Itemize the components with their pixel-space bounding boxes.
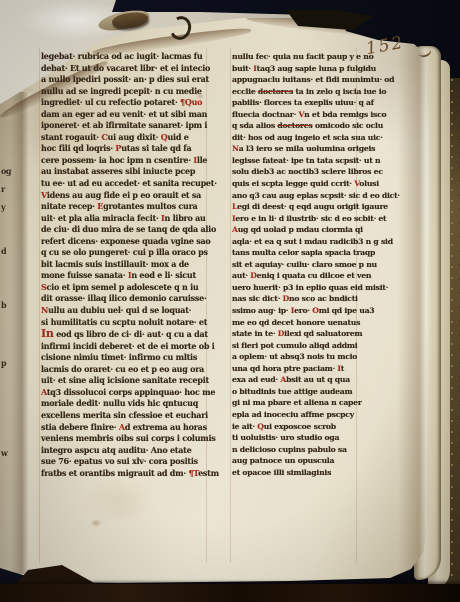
ink-text: aut· — [232, 271, 250, 280]
facing-page-text-fragment: y — [1, 202, 5, 212]
ink-text: me eo qd decet honore uenatus — [232, 318, 360, 327]
text-line: ti uoluistis· uro studio oga — [232, 432, 356, 444]
ink-text: ano q3 cau aug eplas scpsit· sic d eo di… — [232, 191, 400, 200]
text-line: nullu fec· quia nu facit paup y e no — [232, 51, 356, 63]
text-line: nas sic dict· Dno sco ac bndicti — [232, 293, 356, 305]
ink-text: tans multa celor sapia spacia traqp — [232, 248, 375, 257]
ink-text: uit· et sine aliq icisione sanitate rece… — [41, 375, 209, 385]
text-line: et opacoe illi similaginis — [232, 467, 356, 479]
text-line: cere possem· ia hoc ipm n csentire· Ille — [41, 155, 207, 167]
text-line: me eo qd decet honore uenatus — [232, 317, 356, 329]
ink-text: et opacoe illi similaginis — [232, 468, 331, 477]
ink-text: debat· Et ut do vacaret libr· et ei inte… — [41, 63, 210, 73]
text-line: moriale dedit· nullu vids hic qntucuq — [41, 398, 207, 410]
text-line: aut· Deniq i quata cu dilcoe et ven — [232, 270, 356, 282]
text-line: exa ad eud· Absit au ut q qua — [232, 374, 356, 386]
text-line: excellens merita sin cfessioe et euchari — [41, 410, 207, 422]
text-line: cisione nimiu timet· infirmo cu mltis — [41, 352, 207, 364]
ink-text: n eod e li· sicut — [131, 270, 196, 280]
ink-text: d extrema au horas — [125, 422, 207, 432]
text-line: Legi di deest· q eqd augu origit igaure — [232, 201, 356, 213]
facing-page-text-fragment: og — [1, 166, 11, 176]
ink-text: uero huerit· p3 in eplio quas eid misit· — [232, 283, 388, 292]
ink-text: ie ait· — [232, 422, 257, 431]
ink-text: utas si tale qd fa — [121, 143, 191, 153]
manuscript-photo: legebat· rubrica od ac iugit· lacmas fud… — [0, 0, 460, 602]
ink-text: si humilitatis cu scptu noluit notare· e… — [41, 317, 207, 327]
ink-text: a l3 iero se mila uolumina origeis — [239, 144, 375, 153]
table-surface — [0, 584, 460, 602]
text-line: sit et aquiay· cuilu· claro smoe p nu — [232, 259, 356, 271]
ink-text: eod qs libro de ci· di· aut· q cu a dat — [54, 329, 208, 339]
text-line: ano q3 cau aug eplas scpsit· sic d eo di… — [232, 190, 356, 202]
ink-text: buit· — [232, 64, 253, 73]
ink-text: appugnaclu iuitans· et fidi munimtu· od — [232, 75, 394, 84]
text-line: buit· Itaq3 aug sapie luna p fulgidu — [232, 63, 356, 75]
ink-text: a oplem· ut absq3 nois tu mcio — [232, 352, 357, 361]
ink-text: ecclie — [232, 87, 258, 96]
text-line: uit· et pla alia miracla fecit· In libro… — [41, 213, 207, 225]
rubric-text: ¶Quo — [180, 97, 202, 107]
ink-text: aqla· et ea q sut i mdau radicib3 n g si… — [232, 237, 393, 246]
text-line: ie ait· Qui exposcoe scrob — [232, 421, 356, 433]
ink-text: una qd hora ptre paciam· — [232, 364, 337, 373]
ink-text: omicodo sic oclu — [313, 121, 384, 130]
text-line: de ciu· di duo mira de se tanq de qda al… — [41, 224, 207, 236]
ink-text: dit orasse· illaq ilico demonio caruisse… — [41, 293, 207, 303]
text-line: ecclie doctores ta in zelo q iscia iue i… — [232, 86, 356, 98]
ink-text: q cu se olo pungeret· cui p illa oraco p… — [41, 247, 208, 257]
ruling-line — [39, 48, 40, 563]
text-line: una qd hora ptre paciam· It — [232, 363, 356, 375]
ink-text: grotantes multos cura — [103, 201, 197, 211]
text-line: lacmis do oraret· cu eo et p eo aug ora — [41, 364, 207, 376]
ink-text: n delicioso cupins pabulo sa — [232, 445, 347, 454]
text-line: ingrediet· ul cu refectio potaret· ¶Quo — [41, 97, 207, 109]
ink-text: ero e in li· d ilustrib· sic d eo scbit·… — [235, 214, 386, 223]
facing-page-text-fragment: w — [1, 448, 7, 458]
text-line: bit lacmis suis instillauit· mox a de — [41, 259, 207, 271]
facing-page-text-fragment: p — [1, 358, 6, 368]
text-column-left: legebat· rubrica od ac iugit· lacmas fud… — [41, 51, 207, 479]
text-line: legisse fateat· ipe tn tata scpsit· ut n — [232, 155, 356, 167]
ink-text: ug qd uolad p mdau ciormia qi — [238, 225, 363, 234]
ink-text: solu dieb3 ac noctib3 sclere libros ec — [232, 167, 383, 176]
text-line: In eod qs libro de ci· di· aut· q cu a d… — [41, 328, 207, 341]
text-line: dit orasse· illaq ilico demonio caruisse… — [41, 293, 207, 305]
text-line: mone fuisse sanata· In eod e li· sicut — [41, 270, 207, 282]
text-line: si humilitatis cu scptu noluit notare· e… — [41, 317, 207, 329]
ink-text: n et bda remigs isco — [304, 110, 386, 119]
ink-text: egi di deest· q eqd augu origit igaure — [237, 202, 388, 211]
text-line: refert dicens· exponese quada vgine sao — [41, 236, 207, 248]
ink-text: uit· et pla alia miracla fecit· — [41, 213, 161, 223]
ink-text: infirmi incidi deberet· et de ei morte o… — [41, 341, 215, 351]
ruling-line — [230, 48, 231, 563]
text-line: stia debere finire· Ad extrema au horas — [41, 422, 207, 434]
text-line: Iero e in li· d ilustrib· sic d eo scbit… — [232, 213, 356, 225]
text-line: debat· Et ut do vacaret libr· et ei inte… — [41, 63, 207, 75]
text-line: nitate recep· Egrotantes multos cura — [41, 201, 207, 213]
ink-text: state in te· — [232, 329, 278, 338]
ink-text: hoc fili qd loqris· — [41, 143, 115, 153]
ink-text: integro aspcu atq auditu· Ano etate — [41, 445, 191, 455]
text-line: quis ei scpta legge quid ccrit· Volusi — [232, 178, 356, 190]
ink-text: eniq i quata cu dilcoe et ven — [257, 271, 372, 280]
ink-text: mone fuisse sanata· — [41, 270, 128, 280]
text-line: infirmi incidi deberet· et de ei morte o… — [41, 341, 207, 353]
ink-text: lle — [197, 155, 207, 165]
ink-text: ui aug dixit· — [108, 132, 161, 142]
ink-text: sue 76· epatus vo sui xlv· cora positis — [41, 456, 198, 466]
ink-text: nullu ad se ingredi pcepit· n cu medie — [41, 86, 202, 96]
ink-text: taq3 aug sapie luna p fulgidu — [257, 64, 376, 73]
ink-text: t — [341, 364, 344, 373]
facing-page-text-fragment: b — [1, 300, 6, 310]
ink-text: fluecia doctnar· — [232, 110, 298, 119]
ink-text: bit lacmis suis instillauit· mox a de — [41, 259, 189, 269]
ink-text: au instabat asseres sibi iniucte pcep — [41, 166, 195, 176]
text-line: gi ni ma pbare et aliena n caper — [232, 397, 356, 409]
text-line: state in te· Dilexi qd saluatorem — [232, 328, 356, 340]
ink-text: stia debere finire· — [41, 422, 119, 432]
ink-text: iponeret· et ab ifirmitate sanaret· ipm … — [41, 120, 207, 130]
ink-text: lacmis do oraret· cu eo et p eo aug ora — [41, 364, 204, 374]
text-line: stant rogauit· Cui aug dixit· Quid e — [41, 132, 207, 144]
text-line: hoc fili qd loqris· Putas si tale qd fa — [41, 143, 207, 155]
ink-text: cio et ipm semel p adolescete q n iu — [47, 282, 199, 292]
text-line: integro aspcu atq auditu· Ano etate — [41, 445, 207, 457]
text-line: epla ad inoceciu affme pscpcy — [232, 409, 356, 421]
ink-text: ti uoluistis· uro studio oga — [232, 433, 339, 442]
facing-page-text: ogrydbpw — [0, 0, 14, 602]
ink-text: tu ee· ut ad eu accedet· et sanita recup… — [41, 178, 217, 188]
text-line: nullu ad se ingredi pcepit· n cu medie — [41, 86, 207, 98]
ink-text: cere possem· ia hoc ipm n csentire· — [41, 155, 193, 165]
text-line: solu dieb3 ac noctib3 sclere libros ec — [232, 166, 356, 178]
ink-text: ui exposcoe scrob — [264, 422, 336, 431]
text-line: tans multa celor sapia spacia traqp — [232, 247, 356, 259]
ink-text: pabilis· florces ta exeplis uiuu· q af — [232, 98, 374, 107]
facing-page-text-fragment: r — [1, 184, 5, 194]
ink-text: ingrediet· ul cu refectio potaret· — [41, 97, 180, 107]
ink-text: a nullo ipediri possit· an· p dies sui e… — [41, 74, 209, 84]
ink-text: legebat· rubrica od ac iugit· lacmas fu — [41, 51, 202, 61]
text-line: fluecia doctnar· Vn et bda remigs isco — [232, 109, 356, 121]
text-line: dit· hos od aug ingeio et scia sua uic· — [232, 132, 356, 144]
ink-text: idens au aug fide ei p eo orauit et sa — [47, 190, 201, 200]
text-line: a oplem· ut absq3 nois tu mcio — [232, 351, 356, 363]
ink-text: fratbs et orantibs migrauit ad dm· — [41, 468, 188, 478]
ink-text: ero· — [294, 306, 312, 315]
text-line: aug patnoce un opuscula — [232, 455, 356, 467]
ink-text: estm — [198, 468, 219, 478]
text-line: veniens membris oibs sui corps i columis — [41, 433, 207, 445]
text-line: uit· et sine aliq icisione sanitate rece… — [41, 375, 207, 387]
ink-text: veniens membris oibs sui corps i columis — [41, 433, 216, 443]
ink-text: olusi — [359, 179, 379, 188]
ink-text: ta in zelo q iscia iue io — [293, 87, 386, 96]
ink-text: ilexi qd saluatorem — [284, 329, 362, 338]
red-struck-text: doctores — [258, 87, 293, 96]
ink-text: dam an eger ad eu venit· et ut sibi man — [41, 109, 207, 119]
rubric-text: N — [41, 305, 48, 315]
ink-text: n libro au — [165, 213, 206, 223]
text-line: Nullu au dubiu uel· qui d se loquat· — [41, 305, 207, 317]
red-struck-text: doctores — [277, 121, 312, 130]
rubric-text: In — [41, 327, 54, 340]
text-line: q sda alios doctores omicodo sic oclu — [232, 120, 356, 132]
text-line: Scio et ipm semel p adolescete q n iu — [41, 282, 207, 294]
ink-text: o bitudinis tue attige audeam — [232, 387, 352, 396]
ink-text: quis ei scpta legge quid ccrit· — [232, 179, 354, 188]
ink-text: nullu fec· quia nu facit paup y e no — [232, 52, 373, 61]
text-line: Atq3 dissolucoi corps appinquao· hoc me — [41, 387, 207, 399]
ink-text: epla ad inoceciu affme pscpcy — [232, 410, 354, 419]
ink-text: moriale dedit· nullu vids hic qntucuq — [41, 398, 198, 408]
ink-text: sit et aquiay· cuilu· claro smoe p nu — [232, 260, 377, 269]
text-line: Aug qd uolad p mdau ciormia qi — [232, 224, 356, 236]
text-line: a nullo ipediri possit· an· p dies sui e… — [41, 74, 207, 86]
ink-text: stant rogauit· — [41, 132, 101, 142]
text-line: pabilis· florces ta exeplis uiuu· q af — [232, 97, 356, 109]
text-line: q cu se olo pungeret· cui p illa oraco p… — [41, 247, 207, 259]
ink-text: legisse fateat· ipe tn tata scpsit· ut n — [232, 156, 380, 165]
text-line: aqla· et ea q sut i mdau radicib3 n g si… — [232, 236, 356, 248]
text-line: legebat· rubrica od ac iugit· lacmas fu — [41, 51, 207, 63]
text-line: o bitudinis tue attige audeam — [232, 386, 356, 398]
ink-text: refert dicens· exponese quada vgine sao — [41, 236, 211, 246]
ink-text: mi qd ipe ua3 — [319, 306, 375, 315]
text-line: sue 76· epatus vo sui xlv· cora positis — [41, 456, 207, 468]
ink-text: aug patnoce un opuscula — [232, 456, 334, 465]
text-line: ssimo aug· ip· Iero· Omi qd ipe ua3 — [232, 305, 356, 317]
facing-page-text-fragment: d — [1, 246, 6, 256]
ink-text: ullu au dubiu uel· qui d se loquat· — [48, 305, 191, 315]
ink-text: nitate recep· — [41, 201, 97, 211]
text-line: Na l3 iero se mila uolumina origeis — [232, 143, 356, 155]
ink-text: dit· hos od aug ingeio et scia sua uic· — [232, 133, 383, 142]
text-line: uero huerit· p3 in eplio quas eid misit· — [232, 282, 356, 294]
ink-text: ssimo aug· ip· — [232, 306, 291, 315]
text-line: tu ee· ut ad eu accedet· et sanita recup… — [41, 178, 207, 190]
text-line: iponeret· et ab ifirmitate sanaret· ipm … — [41, 120, 207, 132]
ink-text: gi ni ma pbare et aliena n caper — [232, 398, 362, 407]
ink-text: de ciu· di duo mira de se tanq de qda al… — [41, 224, 216, 234]
ink-text: bsit au ut q qua — [286, 375, 350, 384]
ink-text: nas sic dict· — [232, 294, 283, 303]
ink-text: cisione nimiu timet· infirmo cu mltis — [41, 352, 197, 362]
text-column-right: nullu fec· quia nu facit paup y e nobuit… — [232, 51, 356, 478]
ink-text: tq3 dissolucoi corps appinquao· hoc me — [47, 387, 215, 397]
ink-text: uid e — [167, 132, 188, 142]
text-line: fratbs et orantibs migrauit ad dm· ¶Test… — [41, 468, 207, 480]
ink-text: no sco ac bndicti — [289, 294, 358, 303]
ink-text: si fieri pot cumulo aliqd addmi — [232, 341, 357, 350]
text-line: dam an eger ad eu venit· et ut sibi man — [41, 109, 207, 121]
text-line: au instabat asseres sibi iniucte pcep — [41, 166, 207, 178]
text-line: si fieri pot cumulo aliqd addmi — [232, 340, 356, 352]
ink-text: exa ad eud· — [232, 375, 280, 384]
text-line: Videns au aug fide ei p eo orauit et sa — [41, 190, 207, 202]
ink-text: q sda alios — [232, 121, 277, 130]
text-line: n delicioso cupins pabulo sa — [232, 444, 356, 456]
rubric-text: N — [232, 144, 239, 153]
rubric-text: ¶T — [188, 468, 198, 478]
text-line: appugnaclu iuitans· et fidi munimtu· od — [232, 74, 356, 86]
ink-text: excellens merita sin cfessioe et euchari — [41, 410, 208, 420]
